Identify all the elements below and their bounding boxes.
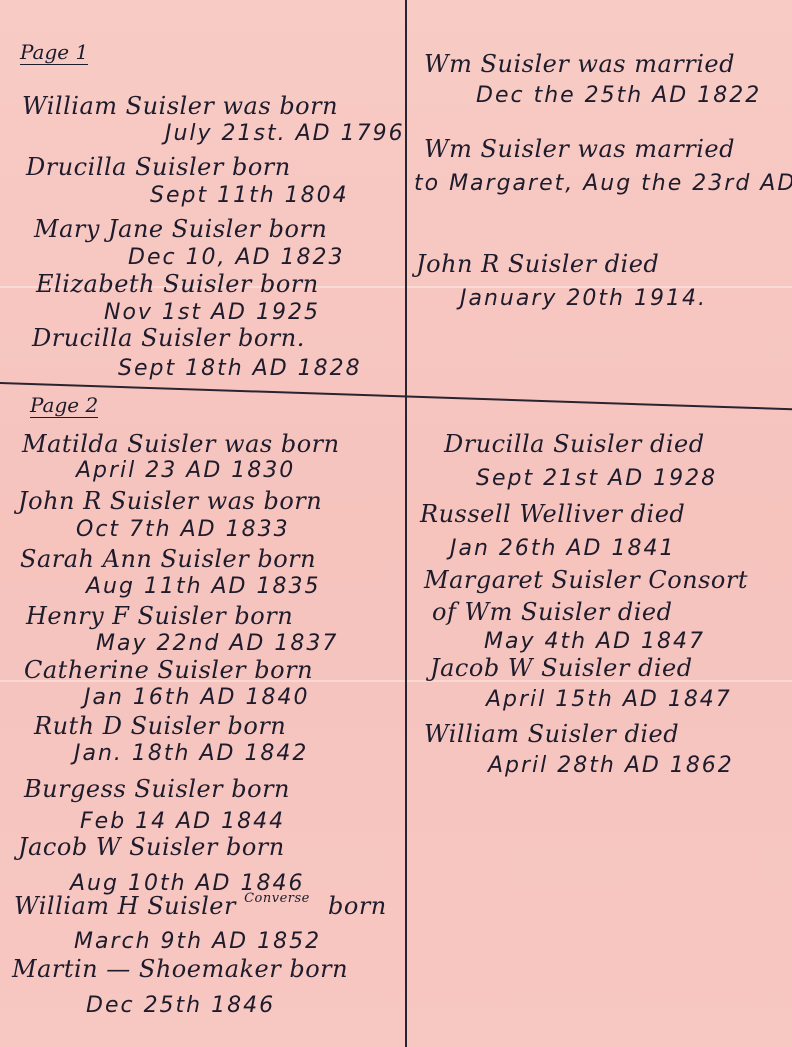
vertical-divider <box>405 0 407 1047</box>
entry-annotation: Converse <box>244 891 310 906</box>
entry-name: Matilda Suisler was born <box>22 430 340 458</box>
entry-name: Drucilla Suisler born. <box>32 324 305 352</box>
entry-name: Margaret Suisler Consort <box>424 566 748 594</box>
entry-name: Mary Jane Suisler born <box>34 215 327 243</box>
entry-date: Dec 10, AD 1823 <box>128 244 345 272</box>
entry-name: Jacob W Suisler born <box>18 833 285 861</box>
entry-name: Russell Welliver died <box>420 500 685 528</box>
entry-date: Sept 11th 1804 <box>150 182 349 210</box>
entry-name: Sarah Ann Suisler born <box>20 545 316 573</box>
entry-born-word: born <box>328 892 387 920</box>
entry-name: John R Suisler was born <box>18 487 322 515</box>
entry-name: William H Suisler Converse born <box>14 892 387 925</box>
entry-name: Elizabeth Suisler born <box>36 270 319 298</box>
entry-date: April 15th AD 1847 <box>486 686 732 714</box>
entry-name: Drucilla Suisler born <box>26 153 291 181</box>
entry-date: Aug 11th AD 1835 <box>86 573 320 601</box>
entry-date: to Margaret, Aug the 23rd AD 182 <box>414 170 792 198</box>
entry-date: May 4th AD 1847 <box>484 628 705 656</box>
entry-date: Nov 1st AD 1925 <box>104 299 320 327</box>
page-1-header: Page 1 <box>20 40 88 64</box>
entry-name: John R Suisler died <box>416 250 659 278</box>
entry-name-text: William H Suisler <box>14 892 236 920</box>
entry-name: Catherine Suisler born <box>24 656 313 684</box>
entry-name: Henry F Suisler born <box>26 602 293 630</box>
page-2-header: Page 2 <box>30 393 98 417</box>
entry-name: Jacob W Suisler died <box>430 654 693 682</box>
entry-date: Dec the 25th AD 1822 <box>476 82 761 110</box>
entry-date: January 20th 1914. <box>460 285 707 313</box>
entry-date: April 23 AD 1830 <box>76 457 295 485</box>
entry-date: April 28th AD 1862 <box>488 752 734 780</box>
entry-name: William Suisler was born <box>22 92 338 120</box>
entry-date: Sept 21st AD 1928 <box>476 465 717 493</box>
entry-date: Dec 25th 1846 <box>86 992 275 1020</box>
entry-name: Drucilla Suisler died <box>444 430 705 458</box>
entry-date: Jan 16th AD 1840 <box>84 684 309 712</box>
entry-name: Wm Suisler was married <box>424 135 735 163</box>
entry-date: Oct 7th AD 1833 <box>76 516 290 544</box>
entry-extra: of Wm Suisler died <box>432 598 673 626</box>
entry-date: Feb 14 AD 1844 <box>80 808 285 836</box>
entry-name: Martin — Shoemaker born <box>12 955 348 983</box>
entry-date: March 9th AD 1852 <box>74 928 321 956</box>
entry-name: Ruth D Suisler born <box>34 712 286 740</box>
entry-date: Sept 18th AD 1828 <box>118 355 362 383</box>
entry-date: Jan 26th AD 1841 <box>450 535 675 563</box>
entry-name: Wm Suisler was married <box>424 50 735 78</box>
entry-date: May 22nd AD 1837 <box>96 630 338 658</box>
entry-date: Jan. 18th AD 1842 <box>74 740 308 768</box>
entry-date: July 21st. AD 1796 <box>165 120 405 148</box>
entry-name: Burgess Suisler born <box>24 775 290 803</box>
entry-name: William Suisler died <box>424 720 679 748</box>
